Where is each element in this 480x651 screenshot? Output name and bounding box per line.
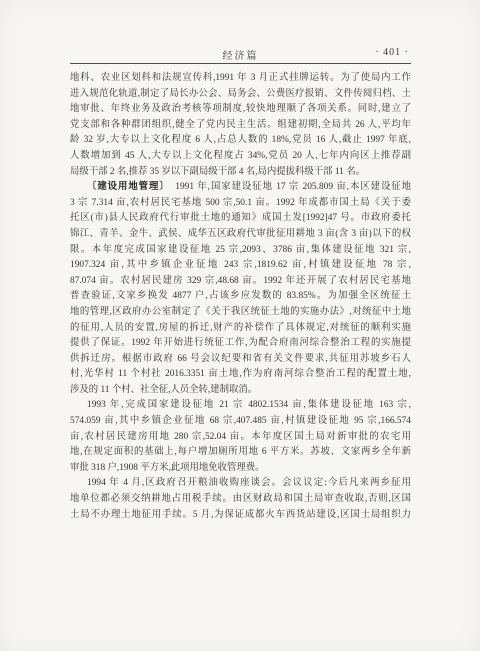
page-body: 地科、农业区划科和法规宣传科,1991 年 3 月正式挂牌运转。为了使局内工作进… (70, 71, 411, 523)
text-line: 进入规范化轨道,制定了局长办公会、局务会、公费医疗报销、文件传阅归档、土 (70, 87, 411, 103)
text-line: 村,光华村 11 个村社 2016.3351 亩土地,作为府南河综合整治工程的配… (70, 367, 411, 383)
text-line: 地的管理,区政府办公室制定了《关于我区统征土地的实施办法》,对统征中土地 (70, 305, 411, 321)
text-line: 3 宗 7.314 亩,农村居民宅基地 500 宗,50.1 亩。1992 年成… (70, 196, 411, 212)
chapter-title: 经济篇 (70, 47, 411, 62)
text-line: 地,在规定面积的基础上,每户增加厕所用地 6 平方米。苏坡、文家两乡全年新 (70, 445, 411, 461)
text-line: 限。本年度完成国家建设征地 25 宗,2093、3786 亩,集体建设征地 32… (70, 243, 411, 259)
text-line: 地审批、年终业务及政治考核等项制度,较快地理顺了各项关系。同时,建立了 (70, 102, 411, 118)
text-line: 审批 318 户,1908 平方米,此项用地免收管理费。 (70, 461, 411, 477)
page-number: · 401 · (375, 47, 409, 58)
page-header: 经济篇 · 401 · (70, 47, 411, 61)
text-line: 1993 年,完成国家建设征地 21 宗 4802.1534 亩,集体建设征地 … (70, 398, 411, 414)
entry-heading: 〔建设用地管理〕 (87, 182, 165, 192)
text-line: 〔建设用地管理〕 1991 年,国家建设征地 17 宗 205.809 亩,本区… (70, 180, 411, 196)
text-line: 普查验证,文家乡换发 4877 户,占该乡应发数的 83.85%。为加强全区统征… (70, 289, 411, 305)
text-line: 亩,农村居民建房用地 280 宗,52.04 亩。本年度区国土局对新审批的农宅用 (70, 430, 411, 446)
text-line: 人数增加到 45 人,大专以上文化程度占 34%,党员 20 人,七年内向区上推… (70, 149, 411, 165)
text-line: 涉及的 11 个村、社全征,人员全转,建制取消。 (70, 383, 411, 399)
text-line: 党支部和各种群团组织,健全了党内民主生活。组建初期,全局共 26 人,平均年 (70, 118, 411, 134)
text-line: 的征用,人员的安置,房屋的拆迁,财产的补偿作了具体规定,对统征的顺利实施 (70, 321, 411, 337)
text-line: 提供了保证。1992 年开始进行统征工作,为配合府南河综合整治工程的实施提 (70, 336, 411, 352)
text-line: 地科、农业区划科和法规宣传科,1991 年 3 月正式挂牌运转。为了使局内工作 (70, 71, 411, 87)
text-line: 局级干部 2 名,推荐 35 岁以下副局级干部 4 名,局内提拔科级干部 11 … (70, 165, 411, 181)
text-line: 地单位都必须交纳耕地占用税手续。由区财政局和国土局审查收取,否则,区国 (70, 492, 411, 508)
text-line: 87.074 亩。农村居民建房 329 宗,48.68 亩。1992 年还开展了… (70, 274, 411, 290)
text-line: 1994 年 4 月,区政府召开粮油收购座谈会。会议议定:今后凡来两乡征用 (70, 476, 411, 492)
text-line: 锦江、青羊、金牛、武侯、成华五区政府代审批征用耕地 3 亩(含 3 亩)以下的权 (70, 227, 411, 243)
text-line: 托区(市)县人民政府代行审批土地的通知》成国土发[1992]47 号。市政府委托 (70, 211, 411, 227)
text-line: 龄 32 岁,大专以上文化程度 6 人,占总人数的 18%,党员 16 人,截止… (70, 133, 411, 149)
header-rule (70, 63, 411, 64)
text-line: 1907.324 亩,其中乡镇企业征地 243 宗,1819.62 亩,村镇建设… (70, 258, 411, 274)
text-line: 574.059 亩,其中乡镇企业征地 68 宗,407.485 亩,村镇建设征地… (70, 414, 411, 430)
text-line: 土局不办理土地征用手续。5 月,为保证成都火车西货站建设,区国土局组织力 (70, 508, 411, 524)
scanned-book-page: 经济篇 · 401 · 地科、农业区划科和法规宣传科,1991 年 3 月正式挂… (0, 0, 480, 651)
text-line: 供拆迁房。根据市政府 66 号会议纪要和省有关文件要求,共征用苏坡乡石人 (70, 352, 411, 368)
